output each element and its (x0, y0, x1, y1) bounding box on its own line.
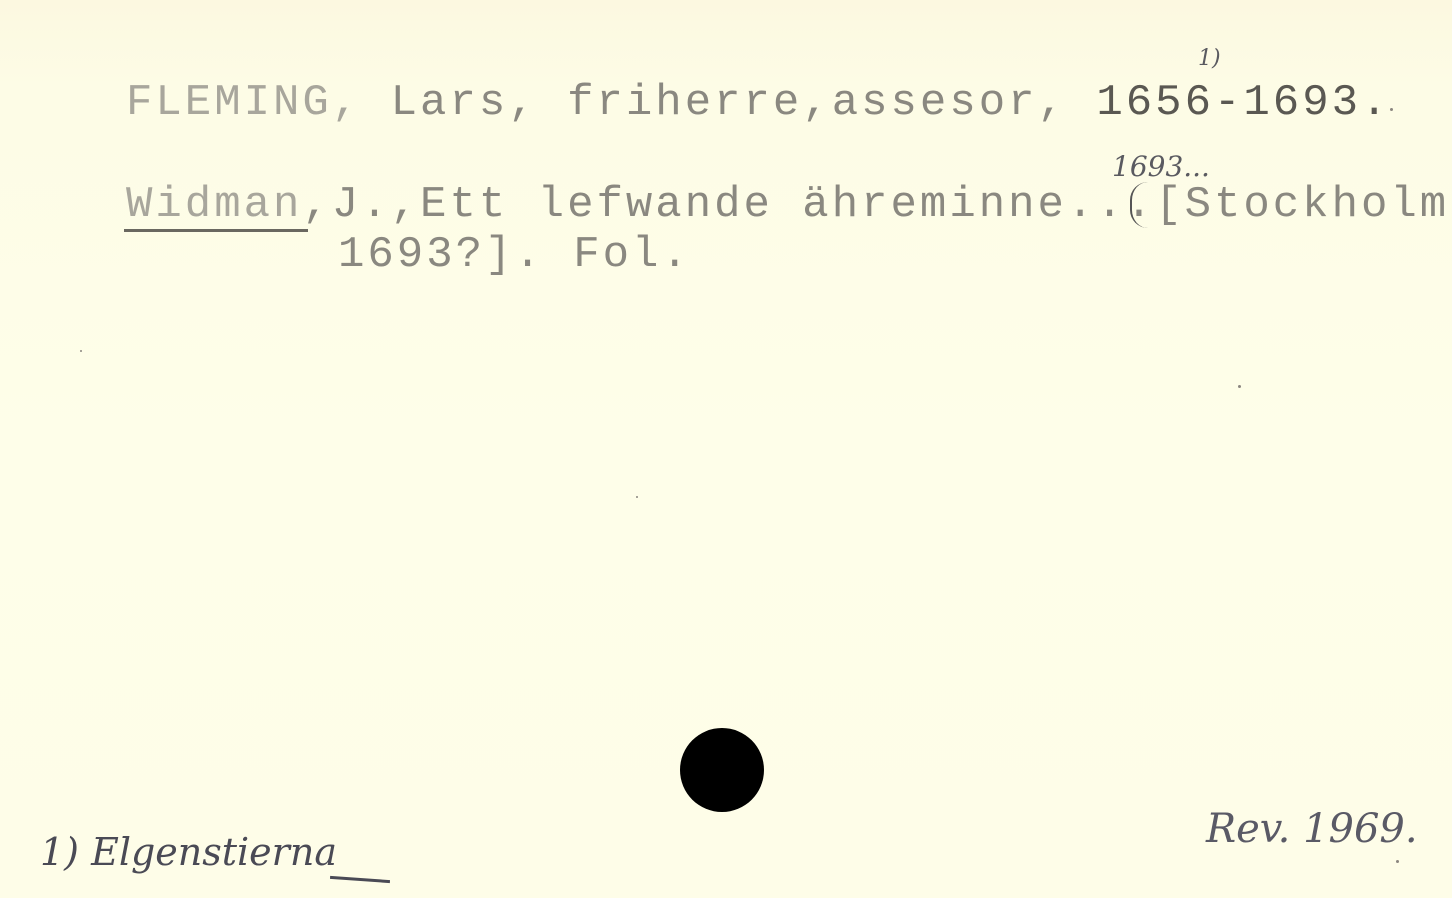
paper-speck (1396, 860, 1399, 863)
entry-line-1: Widman,J.,Ett lefwande ähreminne...[Stoc… (126, 180, 1449, 230)
entry-title: ,J.,Ett lefwande ähreminne...[Stockholm (302, 180, 1449, 230)
entry-line-2: 1693?]. Fol. (338, 230, 691, 280)
heading-years: 1656-1693. (1067, 78, 1390, 128)
punch-hole (680, 728, 764, 812)
author-underline (124, 229, 308, 232)
source-note-underline (330, 876, 390, 883)
handwritten-revision-note: Rev. 1969. (1206, 806, 1418, 852)
footnote-mark: 1) (1198, 46, 1221, 71)
handwritten-date-correction: 1693... (1112, 150, 1210, 183)
heading-name: FLEMING, (126, 78, 361, 128)
heading-line: FLEMING, Lars, friherre,assesor, 1656-16… (126, 78, 1390, 128)
bracket-mark (1130, 182, 1152, 228)
heading-given-name: Lars, (361, 78, 537, 128)
handwritten-source-note: 1) Elgenstierna (40, 830, 337, 874)
paper-speck (1238, 385, 1241, 388)
entry-author: Widman (126, 180, 302, 230)
catalog-card: FLEMING, Lars, friherre,assesor, 1656-16… (0, 0, 1452, 898)
paper-speck (80, 350, 82, 352)
paper-speck (636, 496, 638, 498)
heading-title: friherre,assesor, (538, 78, 1067, 128)
paper-speck (1390, 108, 1393, 111)
